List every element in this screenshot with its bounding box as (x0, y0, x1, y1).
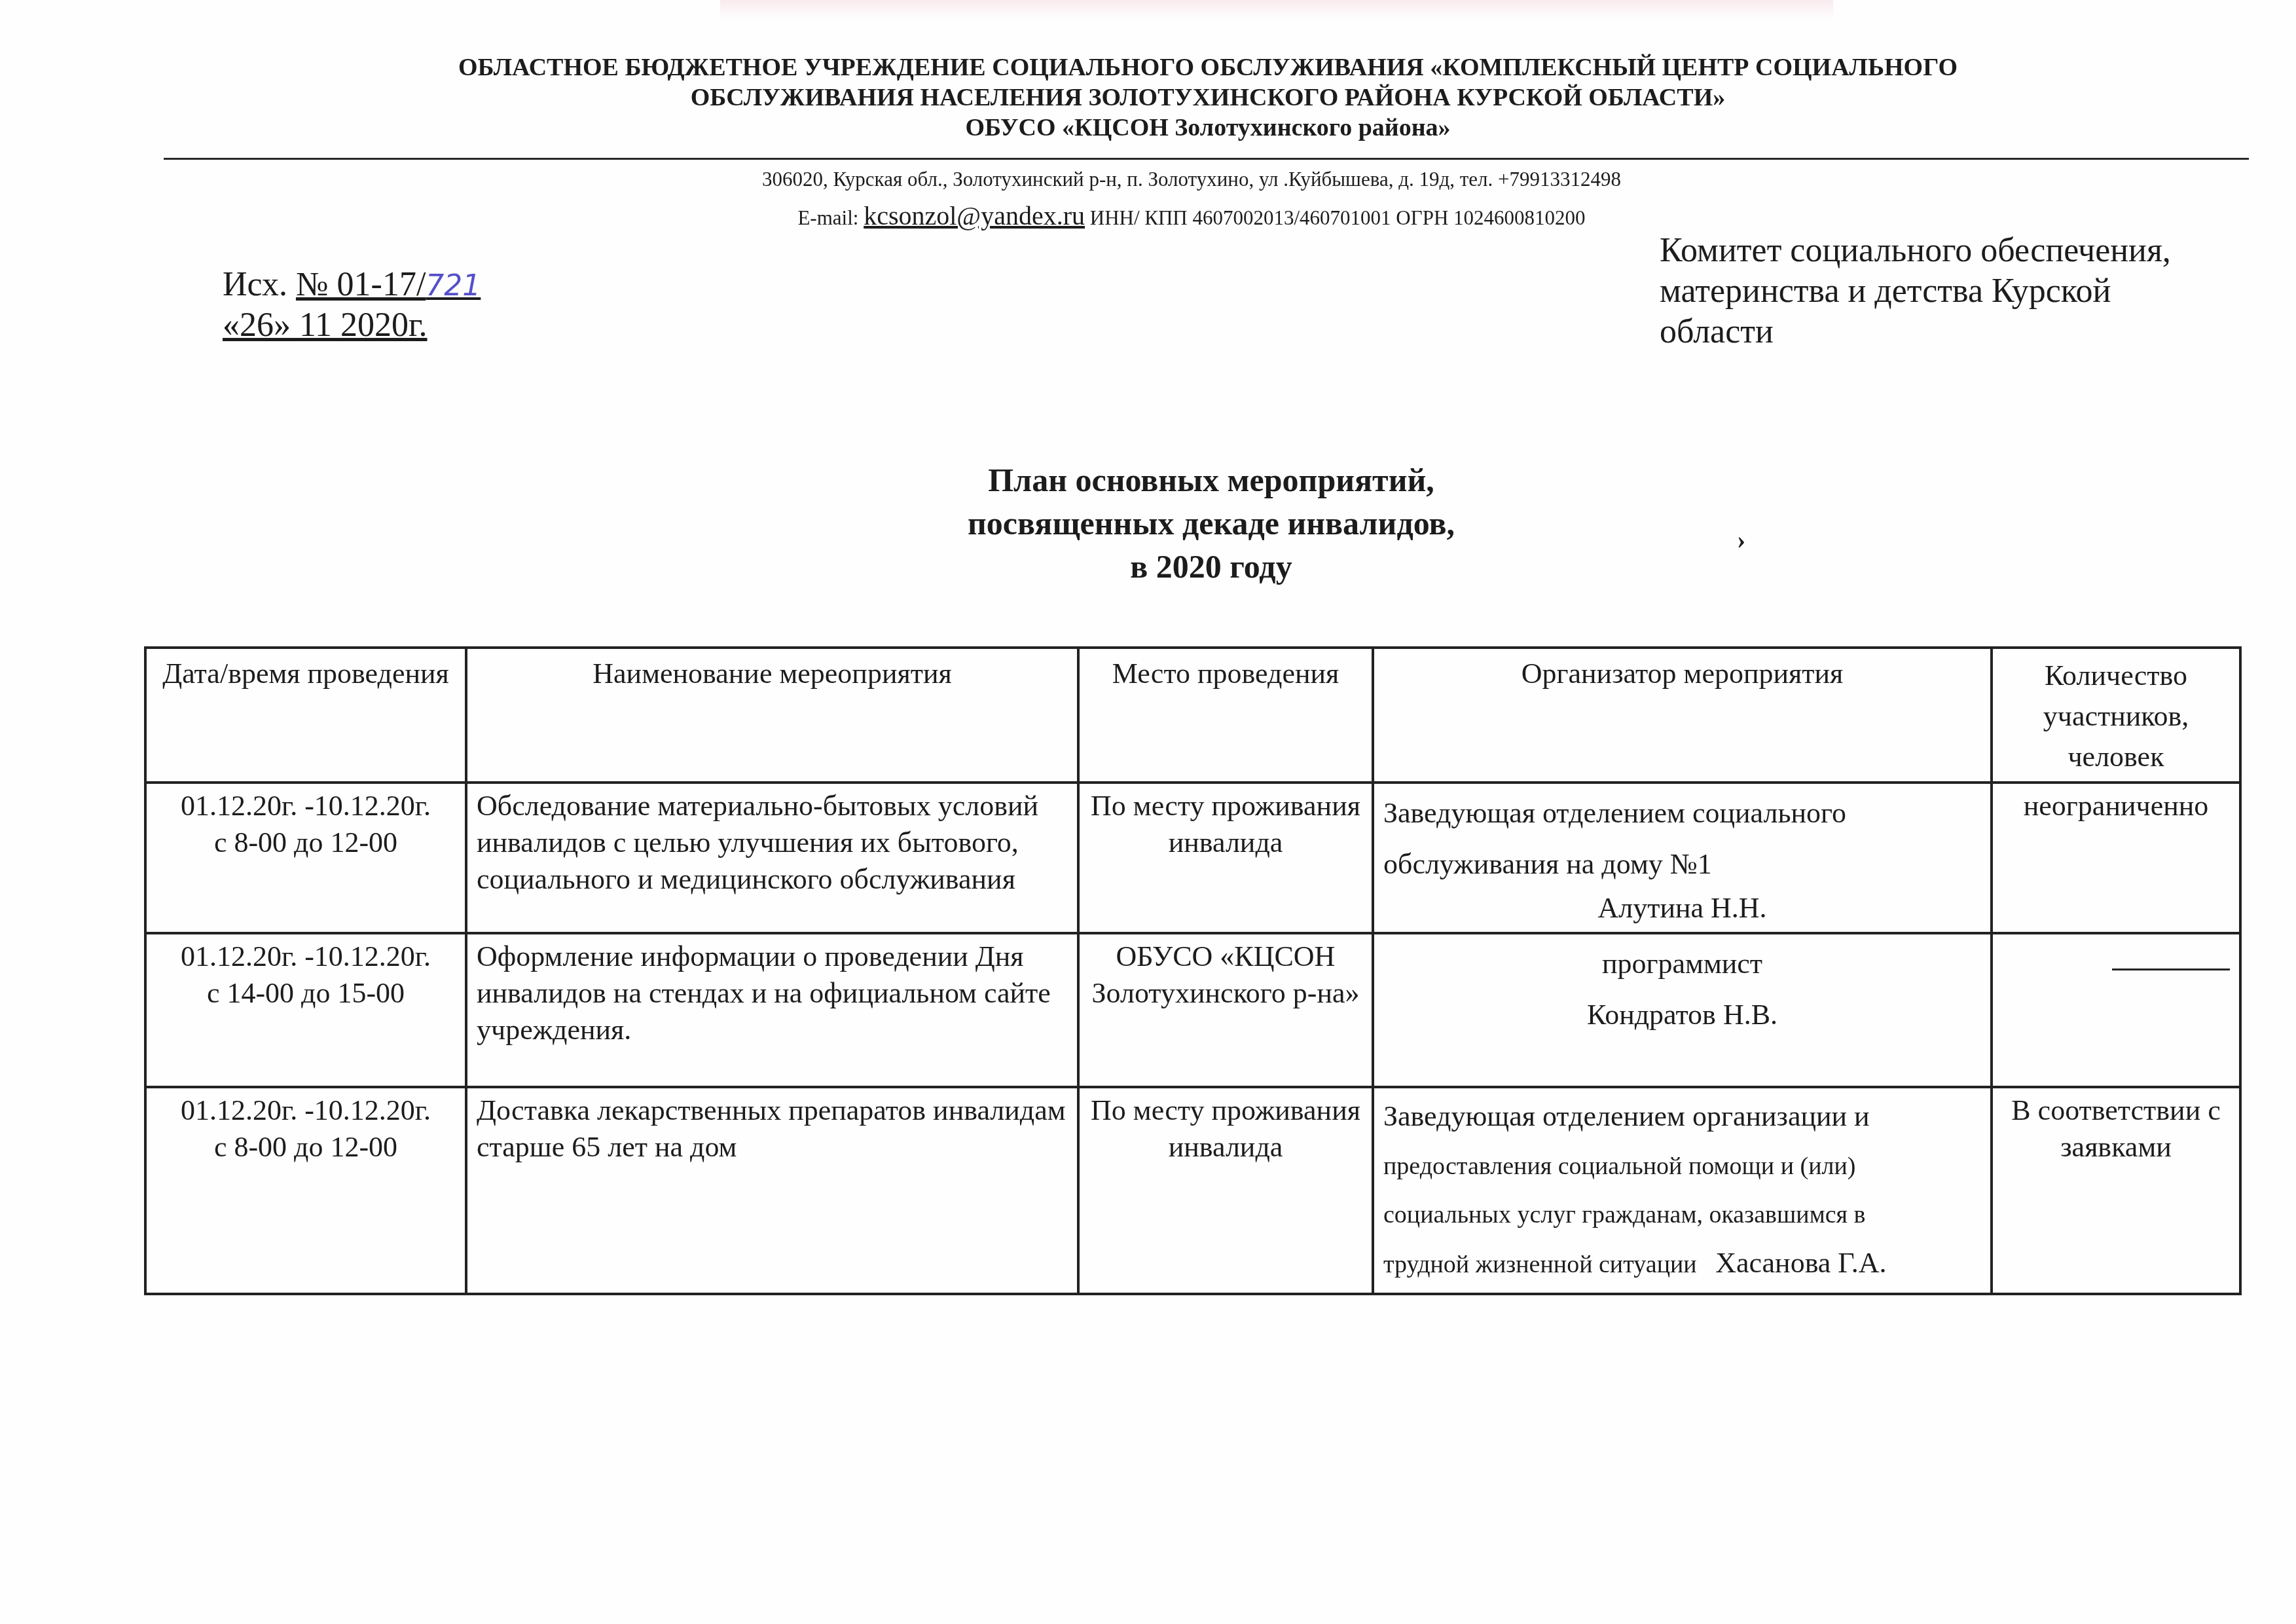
outgoing-date: «26» 11 2020г. (223, 306, 481, 345)
cell-place: По месту проживания инвалида (1078, 783, 1373, 933)
cell-event-name: Обследование материально-бытовых условий… (466, 783, 1078, 933)
contact-block: 306020, Курская обл., Золотухинский р-н,… (373, 161, 2010, 236)
cell-organizer: Заведующая отделением социального обслуж… (1373, 783, 1992, 933)
events-table: Дата/время проведения Наименование мерео… (144, 646, 2242, 1295)
outgoing-reference: Исх. № 01-17/721 «26» 11 2020г. (223, 265, 481, 345)
title-line-1: План основных мероприятий, (851, 458, 1571, 502)
organizer-role-4: трудной жизненной ситуации (1383, 1251, 1697, 1278)
address: 306020, Курская обл., Золотухинский р-н,… (373, 161, 2010, 198)
date-range: 01.12.20г. -10.12.20г. (156, 1092, 456, 1129)
header-place: Место проведения (1078, 648, 1373, 783)
recipient-block: Комитет социального обеспечения, материн… (1660, 231, 2249, 352)
organizer-role: программист (1383, 938, 1981, 989)
organizer-role-1: Заведующая отделением организации и (1383, 1100, 1870, 1132)
time-range: с 14-00 до 15-00 (156, 975, 456, 1012)
organizer-role-3: социальных услуг гражданам, оказавшимся … (1383, 1190, 1981, 1239)
organizer-role-1: Заведующая отделением социального (1383, 788, 1981, 839)
document-title: План основных мероприятий, посвященных д… (851, 458, 1571, 588)
requisites: ИНН/ КПП 4607002013/460701001 ОГРН 10246… (1090, 206, 1586, 229)
cell-place: ОБУСО «КЦСОН Золотухинского р-на» (1078, 933, 1373, 1087)
time-range: с 8-00 до 12-00 (156, 1129, 456, 1166)
cell-date: 01.12.20г. -10.12.20г. с 8-00 до 12-00 (145, 783, 466, 933)
cell-place: По месту проживания инвалида (1078, 1087, 1373, 1294)
cell-date: 01.12.20г. -10.12.20г. с 8-00 до 12-00 (145, 1087, 466, 1294)
organizer-person: Алутина Н.Н. (1383, 890, 1981, 927)
title-line-3: в 2020 году (851, 545, 1571, 588)
time-range: с 8-00 до 12-00 (156, 824, 456, 861)
header-organizer: Организатор мероприятия (1373, 648, 1992, 783)
organizer-role-2: предоставления социальной помощи и (или) (1383, 1142, 1981, 1190)
cell-date: 01.12.20г. -10.12.20г. с 14-00 до 15-00 (145, 933, 466, 1087)
organizer-line-4: трудной жизненной ситуации Хасанова Г.А. (1383, 1239, 1981, 1289)
organizer-person: Хасанова Г.А. (1715, 1247, 1886, 1279)
cell-organizer: Заведующая отделением организации и пред… (1373, 1087, 1992, 1294)
outgoing-prefix: Исх. (223, 266, 287, 303)
header-name: Наименование мереоприятия (466, 648, 1078, 783)
email-label: E-mail: (797, 206, 858, 229)
table-row: 01.12.20г. -10.12.20г. с 14-00 до 15-00 … (145, 933, 2240, 1087)
org-short-name: ОБУСО «КЦСОН Золотухинского района» (164, 113, 2252, 143)
cell-participants (1992, 933, 2240, 1087)
letterhead-divider (164, 158, 2249, 160)
table-row: 01.12.20г. -10.12.20г. с 8-00 до 12-00 О… (145, 783, 2240, 933)
organizer-person: Кондратов Н.В. (1383, 989, 1981, 1041)
title-line-2: посвященных декаде инвалидов, (851, 502, 1571, 545)
date-range: 01.12.20г. -10.12.20г. (156, 938, 456, 975)
letterhead: ОБЛАСТНОЕ БЮДЖЕТНОЕ УЧРЕЖДЕНИЕ СОЦИАЛЬНО… (164, 52, 2252, 143)
date-range: 01.12.20г. -10.12.20г. (156, 788, 456, 824)
cell-participants: В соответствии с заявками (1992, 1087, 2240, 1294)
recipient-line-3: области (1660, 312, 2249, 352)
header-date: Дата/время проведения (145, 648, 466, 783)
cell-event-name: Оформление информации о проведении Дня и… (466, 933, 1078, 1087)
cell-organizer: программист Кондратов Н.В. (1373, 933, 1992, 1087)
scan-mark: › (1737, 524, 1745, 555)
cell-event-name: Доставка лекарственных препаратов инвали… (466, 1087, 1078, 1294)
scan-artifact (720, 0, 1833, 20)
org-name-line-1: ОБЛАСТНОЕ БЮДЖЕТНОЕ УЧРЕЖДЕНИЕ СОЦИАЛЬНО… (164, 52, 2252, 83)
email-link[interactable]: kcsonzol@yandex.ru (864, 201, 1085, 231)
table-row: 01.12.20г. -10.12.20г. с 8-00 до 12-00 Д… (145, 1087, 2240, 1294)
header-participants: Количество участников, человек (1992, 648, 2240, 783)
outgoing-number: Исх. № 01-17/721 (223, 265, 481, 306)
organizer-line-1: Заведующая отделением организации и (1383, 1092, 1981, 1142)
table-header-row: Дата/время проведения Наименование мерео… (145, 648, 2240, 783)
empty-dash (2112, 969, 2230, 970)
outgoing-number-handwritten: 721 (426, 269, 481, 303)
outgoing-number-printed: № 01-17/ (296, 266, 426, 303)
recipient-line-1: Комитет социального обеспечения, (1660, 231, 2249, 271)
cell-participants: неограниченно (1992, 783, 2240, 933)
org-name-line-2: ОБСЛУЖИВАНИЯ НАСЕЛЕНИЯ ЗОЛОТУХИНСКОГО РА… (164, 83, 2252, 113)
organizer-role-2: обслуживания на дому №1 (1383, 839, 1981, 890)
recipient-line-2: материнства и детства Курской (1660, 271, 2249, 312)
